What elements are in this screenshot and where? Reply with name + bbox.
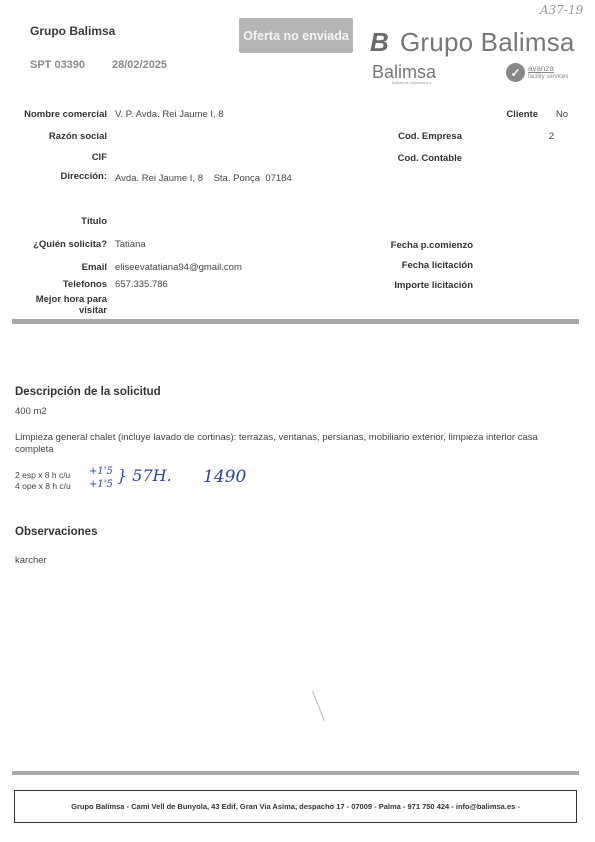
label-cod-empresa: Cod. Empresa	[370, 131, 462, 142]
description-line-1: 2 esp x 8 h c/u	[15, 470, 70, 480]
avanza-name: avanza	[528, 65, 568, 73]
footer-divider	[12, 771, 579, 775]
label-importe-licitacion: Importe licitación	[360, 280, 473, 291]
label-cod-contable: Cod. Contable	[370, 153, 462, 164]
label-titulo: Título	[10, 216, 107, 227]
value-email: eliseevatatiana94@gmail.com	[115, 262, 242, 273]
section-divider	[12, 319, 579, 324]
footer-box: Grupo Balimsa - Cami Vell de Bunyola, 43…	[14, 790, 577, 823]
stray-pen-mark	[312, 691, 325, 721]
description-title: Descripción de la solicitud	[15, 386, 161, 398]
value-quien-solicita: Tatiana	[115, 239, 146, 250]
handwritten-total-hours: } 57H.	[117, 466, 172, 485]
value-cliente: No	[540, 109, 568, 120]
value-direccion: Avda. Rei Jaume I, 8 Sta. Ponça 07184	[115, 173, 292, 184]
request-date: 28/02/2025	[112, 59, 167, 71]
label-mejor-hora: Mejor hora para visitar	[10, 294, 107, 316]
spt-code: SPT 03390	[30, 59, 85, 71]
label-email: Email	[10, 262, 107, 273]
description-text: Limpieza general chalet (incluye lavado …	[15, 432, 545, 456]
avanza-check-icon: ✓	[506, 63, 525, 82]
value-nombre-comercial: V. P. Avda. Rei Jaume I, 8	[115, 109, 224, 120]
label-fecha-comienzo: Fecha p.comienzo	[360, 240, 473, 251]
label-cliente: Cliente	[440, 109, 538, 120]
value-telefonos: 657.335.786	[115, 279, 168, 290]
label-quien-solicita: ¿Quién solicita?	[10, 239, 107, 250]
logo-sub-tagline: Balears de Limpiezas s.a.	[392, 81, 436, 85]
label-fecha-licitacion: Fecha licitación	[360, 260, 473, 271]
avanza-tagline: facility services	[528, 73, 568, 81]
label-cif: CIF	[10, 152, 107, 163]
avanza-logo: ✓ avanza facility services	[506, 63, 568, 82]
value-cod-empresa: 2	[540, 131, 554, 142]
status-badge: Oferta no enviada	[239, 18, 353, 53]
grupo-balimsa-logo: BGrupo Balimsa	[370, 27, 575, 58]
balimsa-logo: Balimsa Balears de Limpiezas s.a.	[372, 62, 436, 85]
description-line-2: 4 ope x 8 h c/u	[15, 481, 71, 491]
logo-main-text: Grupo Balimsa	[400, 27, 575, 57]
label-razon-social: Razón social	[10, 131, 107, 142]
label-telefonos: Telefonos	[10, 279, 107, 290]
logo-sub-text: Balimsa	[372, 62, 436, 82]
description-area: 400 m2	[15, 406, 47, 418]
observations-title: Observaciones	[15, 526, 97, 538]
handwritten-reference: A37-19	[540, 3, 583, 17]
label-direccion: Dirección:	[10, 171, 107, 182]
company-name: Grupo Balimsa	[30, 24, 115, 38]
handwritten-amount: 1490	[203, 467, 246, 487]
handwritten-note-1: +1'5	[89, 466, 113, 477]
footer-contact: Grupo Balimsa - Cami Vell de Bunyola, 43…	[71, 802, 520, 811]
label-nombre-comercial: Nombre comercial	[10, 109, 107, 120]
balimsa-b-icon: B	[370, 27, 400, 58]
handwritten-note-2: +1'5	[89, 479, 113, 490]
observations-text: karcher	[15, 555, 47, 567]
